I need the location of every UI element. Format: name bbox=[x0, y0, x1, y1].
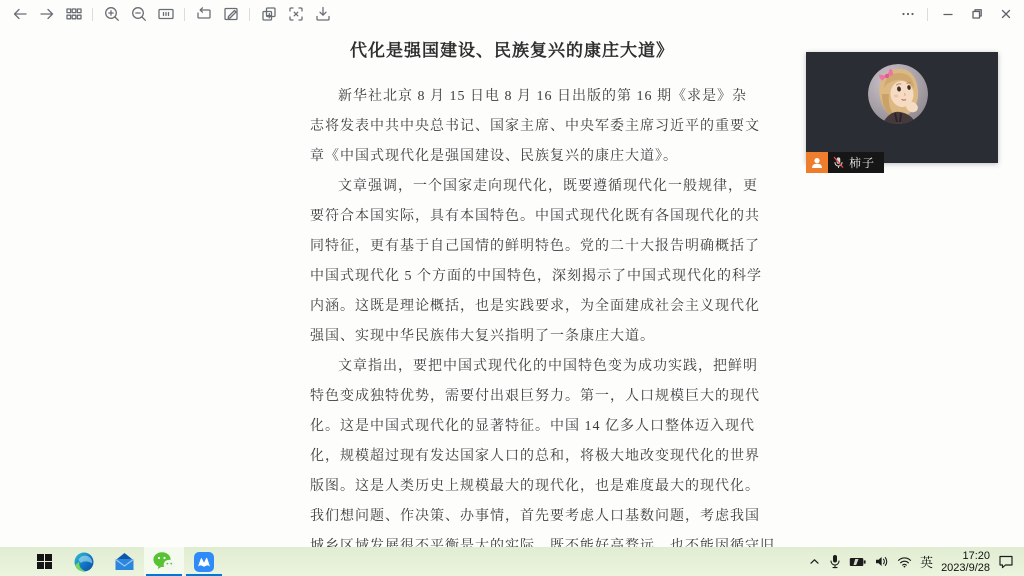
notification-icon bbox=[998, 554, 1014, 569]
tray-time: 17:20 bbox=[941, 550, 990, 562]
wifi-icon bbox=[897, 556, 912, 568]
document-line: 强国、实现中华民族伟大复兴指明了一条康庄大道。 bbox=[310, 322, 714, 352]
document-line: 特色变成独特优势，需要付出艰巨努力。第一，人口规模巨大的现代 bbox=[310, 382, 714, 412]
document-body: 新华社北京 8 月 15 日电 8 月 16 日出版的第 16 期《求是》杂志将… bbox=[310, 82, 714, 547]
taskbar-apps bbox=[0, 547, 224, 576]
document-paragraph: 新华社北京 8 月 15 日电 8 月 16 日出版的第 16 期《求是》杂志将… bbox=[310, 82, 714, 172]
document-line: 文章指出，要把中国式现代化的中国特色变为成功实践，把鲜明 bbox=[310, 352, 714, 382]
document-line: 章《中国式现代化是强国建设、民族复兴的康庄大道》。 bbox=[310, 142, 714, 172]
close-icon bbox=[999, 7, 1013, 21]
zoom-out-button[interactable] bbox=[125, 2, 152, 26]
duplicate-icon bbox=[259, 4, 279, 24]
zoom-in-icon bbox=[102, 4, 122, 24]
annotate-button[interactable] bbox=[217, 2, 244, 26]
annotate-icon bbox=[221, 4, 241, 24]
taskbar-edge-button[interactable] bbox=[64, 547, 104, 576]
hidden-icons-button[interactable] bbox=[808, 555, 821, 568]
participant-name: 柿子 bbox=[849, 154, 875, 171]
microphone-icon bbox=[829, 554, 841, 569]
minimize-button[interactable] bbox=[933, 2, 962, 26]
rotate-icon bbox=[194, 4, 214, 24]
duplicate-button[interactable] bbox=[255, 2, 282, 26]
viewer-toolbar bbox=[0, 0, 1024, 28]
fullscreen-icon bbox=[286, 4, 306, 24]
participant-avatar bbox=[868, 64, 928, 124]
toolbar-separator bbox=[249, 8, 250, 21]
network-tray-button[interactable] bbox=[897, 556, 912, 568]
toolbar-separator bbox=[927, 8, 928, 21]
close-button[interactable] bbox=[991, 2, 1020, 26]
taskbar-meeting-button[interactable] bbox=[184, 547, 224, 576]
document-line: 新华社北京 8 月 15 日电 8 月 16 日出版的第 16 期《求是》杂 bbox=[310, 82, 714, 112]
taskbar-wechat-button[interactable] bbox=[144, 547, 184, 576]
document-title: 代化是强国建设、民族复兴的康庄大道》 bbox=[310, 36, 714, 66]
thumbnails-button[interactable] bbox=[60, 2, 87, 26]
window-controls bbox=[893, 2, 1024, 26]
edge-icon bbox=[73, 551, 95, 573]
restore-button[interactable] bbox=[962, 2, 991, 26]
forward-button[interactable] bbox=[33, 2, 60, 26]
document-page: 代化是强国建设、民族复兴的康庄大道》 新华社北京 8 月 15 日电 8 月 1… bbox=[310, 36, 714, 547]
thumbnails-icon bbox=[64, 4, 84, 24]
fit-width-button[interactable] bbox=[152, 2, 179, 26]
participant-status-badge bbox=[806, 152, 828, 173]
fit-width-icon bbox=[156, 4, 176, 24]
mic-muted-icon bbox=[832, 156, 845, 169]
zoom-in-button[interactable] bbox=[98, 2, 125, 26]
ime-indicator[interactable]: 英 bbox=[920, 552, 933, 571]
clock[interactable]: 17:20 2023/9/28 bbox=[941, 550, 990, 574]
document-line: 同特征，更有基于自己国情的鲜明特色。党的二十大报告明确概括了 bbox=[310, 232, 714, 262]
person-icon bbox=[810, 156, 824, 170]
meeting-icon bbox=[193, 551, 215, 573]
battery-icon bbox=[849, 556, 866, 568]
document-line: 中国式现代化 5 个方面的中国特色，深刻揭示了中国式现代化的科学 bbox=[310, 262, 714, 292]
participant-label: 柿子 bbox=[828, 152, 884, 173]
forward-icon bbox=[37, 4, 57, 24]
wechat-icon bbox=[152, 551, 176, 572]
back-button[interactable] bbox=[6, 2, 33, 26]
windows-logo-icon bbox=[36, 553, 53, 570]
download-icon bbox=[313, 4, 333, 24]
volume-tray-button[interactable] bbox=[874, 555, 889, 568]
document-line: 城乡区域发展很不平衡是大的实际，既不能好高骛远，也不能因循守旧 bbox=[310, 532, 714, 547]
toolbar-separator bbox=[92, 8, 93, 21]
toolbar-separator bbox=[184, 8, 185, 21]
minimize-icon bbox=[941, 7, 955, 21]
document-line: 志将发表中共中央总书记、国家主席、中央军委主席习近平的重要文 bbox=[310, 112, 714, 142]
rotate-button[interactable] bbox=[190, 2, 217, 26]
chevron-up-icon bbox=[808, 555, 821, 568]
battery-tray-button[interactable] bbox=[849, 556, 866, 568]
download-button[interactable] bbox=[309, 2, 336, 26]
document-line: 我们想问题、作决策、办事情，首先要考虑人口基数问题，考虑我国 bbox=[310, 502, 714, 532]
back-icon bbox=[10, 4, 30, 24]
start-button[interactable] bbox=[24, 547, 64, 576]
document-paragraph: 文章强调，一个国家走向现代化，既要遵循现代化一般规律，更要符合本国实际，具有本国… bbox=[310, 172, 714, 352]
taskbar-mail-button[interactable] bbox=[104, 547, 144, 576]
document-line: 要符合本国实际，具有本国特色。中国式现代化既有各国现代化的共 bbox=[310, 202, 714, 232]
microphone-tray-button[interactable] bbox=[829, 554, 841, 569]
document-line: 版图。这是人类历史上规模最大的现代化，也是难度最大的现代化。 bbox=[310, 472, 714, 502]
document-line: 化。这是中国式现代化的显著特征。中国 14 亿多人口整体迈入现代 bbox=[310, 412, 714, 442]
more-options-icon bbox=[900, 6, 916, 22]
restore-icon bbox=[970, 7, 984, 21]
document-paragraph: 文章指出，要把中国式现代化的中国特色变为成功实践，把鲜明特色变成独特优势，需要付… bbox=[310, 352, 714, 547]
document-line: 内涵。这既是理论概括，也是实践要求，为全面建成社会主义现代化 bbox=[310, 292, 714, 322]
speaker-icon bbox=[874, 555, 889, 568]
tray-date: 2023/9/28 bbox=[941, 562, 990, 574]
fullscreen-button[interactable] bbox=[282, 2, 309, 26]
document-line: 化，规模超过现有发达国家人口的总和，将极大地改变现代化的世界 bbox=[310, 442, 714, 472]
girl-avatar-image bbox=[868, 64, 928, 124]
system-tray: 英 17:20 2023/9/28 bbox=[808, 547, 1024, 576]
windows-taskbar: 英 17:20 2023/9/28 bbox=[0, 547, 1024, 576]
more-options-button[interactable] bbox=[893, 2, 922, 26]
mail-icon bbox=[114, 552, 135, 571]
toolbar-left-group bbox=[0, 2, 336, 26]
action-center-button[interactable] bbox=[998, 554, 1014, 569]
participant-name-bar: 柿子 bbox=[806, 152, 884, 173]
video-participant-window[interactable]: 柿子 bbox=[806, 52, 998, 163]
document-line: 文章强调，一个国家走向现代化，既要遵循现代化一般规律，更 bbox=[310, 172, 714, 202]
zoom-out-icon bbox=[129, 4, 149, 24]
